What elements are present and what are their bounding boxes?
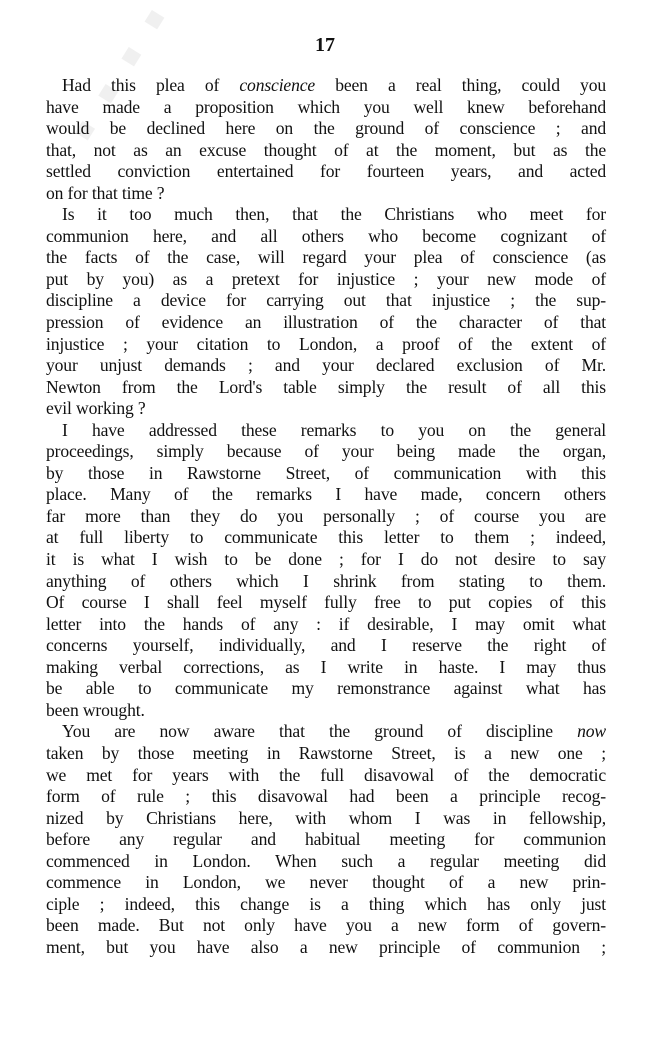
text-line: have made a proposition which you well k… — [46, 97, 606, 119]
text-line: commenced in London. When such a regular… — [46, 851, 606, 873]
text-line: injustice ; your citation to London, a p… — [46, 334, 606, 356]
text-line: letter into the hands of any : if desira… — [46, 614, 606, 636]
text-line: pression of evidence an illustration of … — [46, 312, 606, 334]
paragraph-pretext-for-injustice: Is it too much then, that the Christians… — [46, 204, 606, 419]
text-line: ment, but you have also a new principle … — [46, 937, 606, 959]
text-line: before any regular and habitual meeting … — [46, 829, 606, 851]
text-line: commence in London, we never thought of … — [46, 872, 606, 894]
text-line: concerns yourself, individually, and I r… — [46, 635, 606, 657]
text-line: been made. But not only have you a new f… — [46, 915, 606, 937]
text-line: Had this plea of conscience been a real … — [46, 75, 606, 97]
text-line: at full liberty to communicate this lett… — [46, 527, 606, 549]
text-line: ciple ; indeed, this change is a thing w… — [46, 894, 606, 916]
text-line: it is what I wish to be done ; for I do … — [46, 549, 606, 571]
text-line: making verbal corrections, as I write in… — [46, 657, 606, 679]
text-line: form of rule ; this disavowal had been a… — [46, 786, 606, 808]
text-line: been wrought. — [46, 700, 606, 722]
body-text: Had this plea of conscience been a real … — [46, 75, 606, 958]
text-line: the facts of the case, will regard your … — [46, 247, 606, 269]
text-line: Newton from the Lord's table simply the … — [46, 377, 606, 399]
text-line: I have addressed these remarks to you on… — [46, 420, 606, 442]
paragraph-remarks-addressed: I have addressed these remarks to you on… — [46, 420, 606, 722]
text-line: settled conviction entertained for fourt… — [46, 161, 606, 183]
text-line: Is it too much then, that the Christians… — [46, 204, 606, 226]
text-line: by those in Rawstorne Street, of communi… — [46, 463, 606, 485]
text-line: proceedings, simply because of your bein… — [46, 441, 606, 463]
page-number: 17 — [0, 34, 650, 57]
emphasis-conscience: conscience — [239, 75, 315, 95]
text-line: would be declined here on the ground of … — [46, 118, 606, 140]
text-line: on for that time ? — [46, 183, 606, 205]
emphasis-now: now — [577, 721, 606, 741]
text-line: put by you) as a pretext for injustice ;… — [46, 269, 606, 291]
text-line: that, not as an excuse thought of at the… — [46, 140, 606, 162]
text-line: taken by those meeting in Rawstorne Stre… — [46, 743, 606, 765]
text-line: communion here, and all others who becom… — [46, 226, 606, 248]
text-line: nized by Christians here, with whom I wa… — [46, 808, 606, 830]
text-line: discipline a device for carrying out tha… — [46, 290, 606, 312]
text-line: be able to communicate my remonstrance a… — [46, 678, 606, 700]
paragraph-new-ground-of-discipline: You are now aware that the ground of dis… — [46, 721, 606, 958]
text-line: far more than they do you personally ; o… — [46, 506, 606, 528]
text-line: anything of others which I shrink from s… — [46, 571, 606, 593]
text-line: You are now aware that the ground of dis… — [46, 721, 606, 743]
text-line: we met for years with the full disavowal… — [46, 765, 606, 787]
text-line: evil working ? — [46, 398, 606, 420]
text-line: place. Many of the remarks I have made, … — [46, 484, 606, 506]
text-line: your unjust demands ; and your declared … — [46, 355, 606, 377]
text-line: Of course I shall feel myself fully free… — [46, 592, 606, 614]
paragraph-conscience-plea: Had this plea of conscience been a real … — [46, 75, 606, 204]
